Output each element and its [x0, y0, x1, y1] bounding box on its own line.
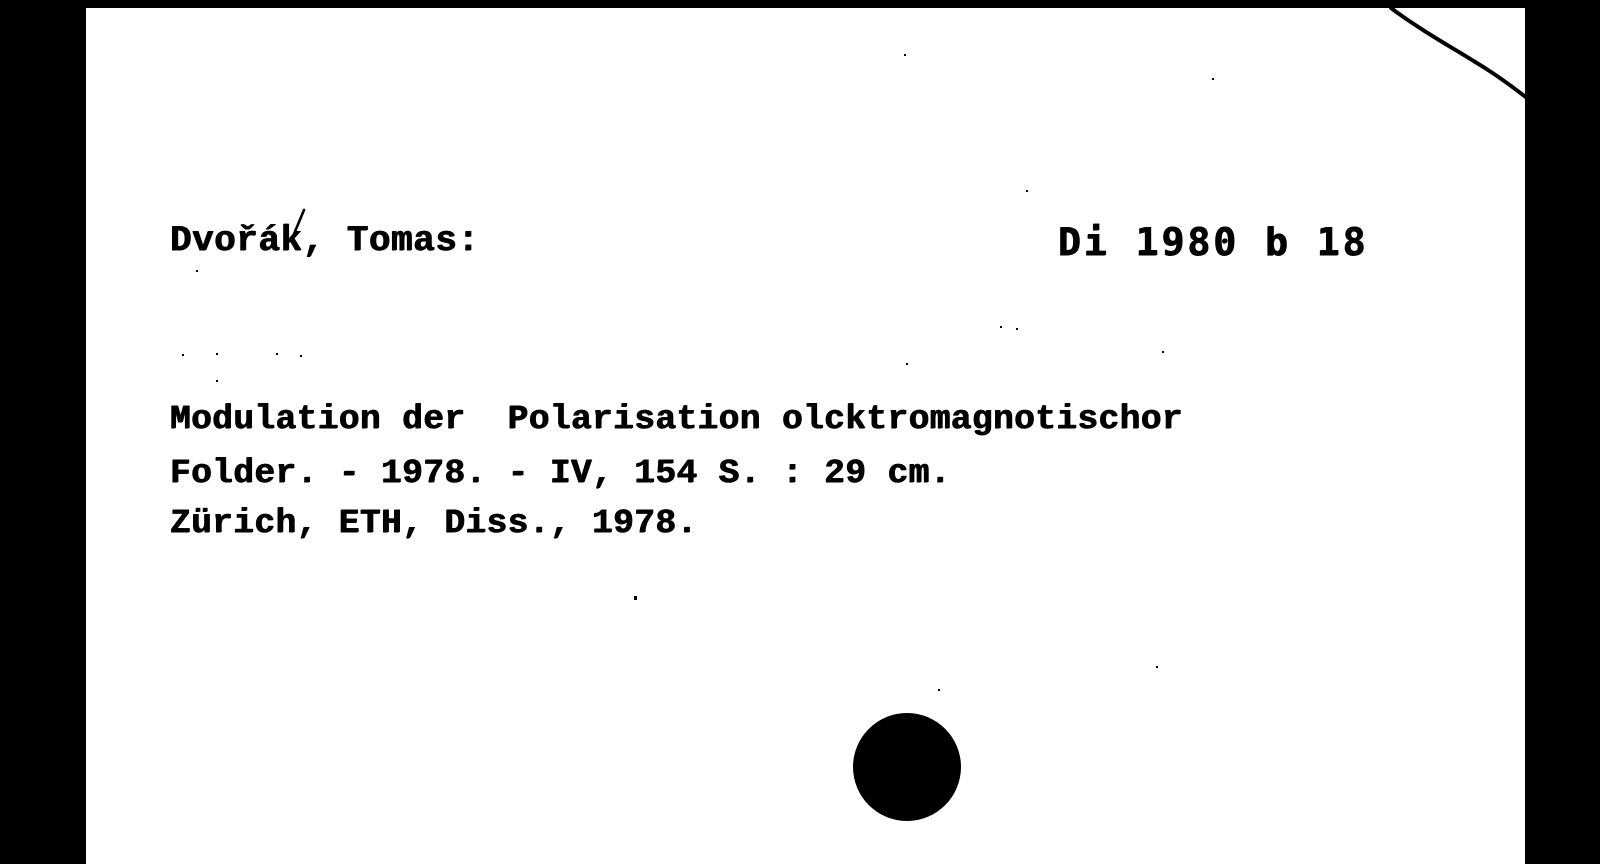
scan-speck [216, 353, 218, 355]
scan-speck [634, 596, 637, 600]
scan-speck [906, 363, 908, 365]
scan-speck [1026, 190, 1028, 192]
catalog-card: Dvořák, Tomas: Di 1980 b 18 Modulation d… [86, 8, 1525, 864]
scanned-card-image: Dvořák, Tomas: Di 1980 b 18 Modulation d… [0, 0, 1600, 864]
dissertation-note: Zürich, ETH, Diss., 1978. [170, 504, 698, 543]
call-number: Di 1980 b 18 [1058, 220, 1369, 264]
scan-speck [216, 380, 218, 382]
scan-speck [938, 689, 940, 691]
punch-hole-icon [853, 713, 961, 821]
author-heading: Dvořák, Tomas: [170, 220, 479, 261]
scan-speck [1000, 326, 1002, 328]
scan-speck [196, 270, 198, 272]
title-line-1: Modulation der Polarisation olcktromagno… [170, 400, 1183, 439]
scan-speck [1156, 666, 1158, 668]
scan-speck [276, 353, 278, 355]
scan-speck [182, 354, 184, 356]
handwritten-accent-icon [282, 204, 312, 244]
scan-speck [904, 54, 906, 56]
scan-speck [1162, 351, 1164, 353]
scan-speck [1016, 328, 1018, 330]
title-line-2: Folder. - 1978. - IV, 154 S. : 29 cm. [170, 454, 951, 493]
scan-speck [300, 355, 302, 357]
scan-speck [1212, 78, 1214, 80]
